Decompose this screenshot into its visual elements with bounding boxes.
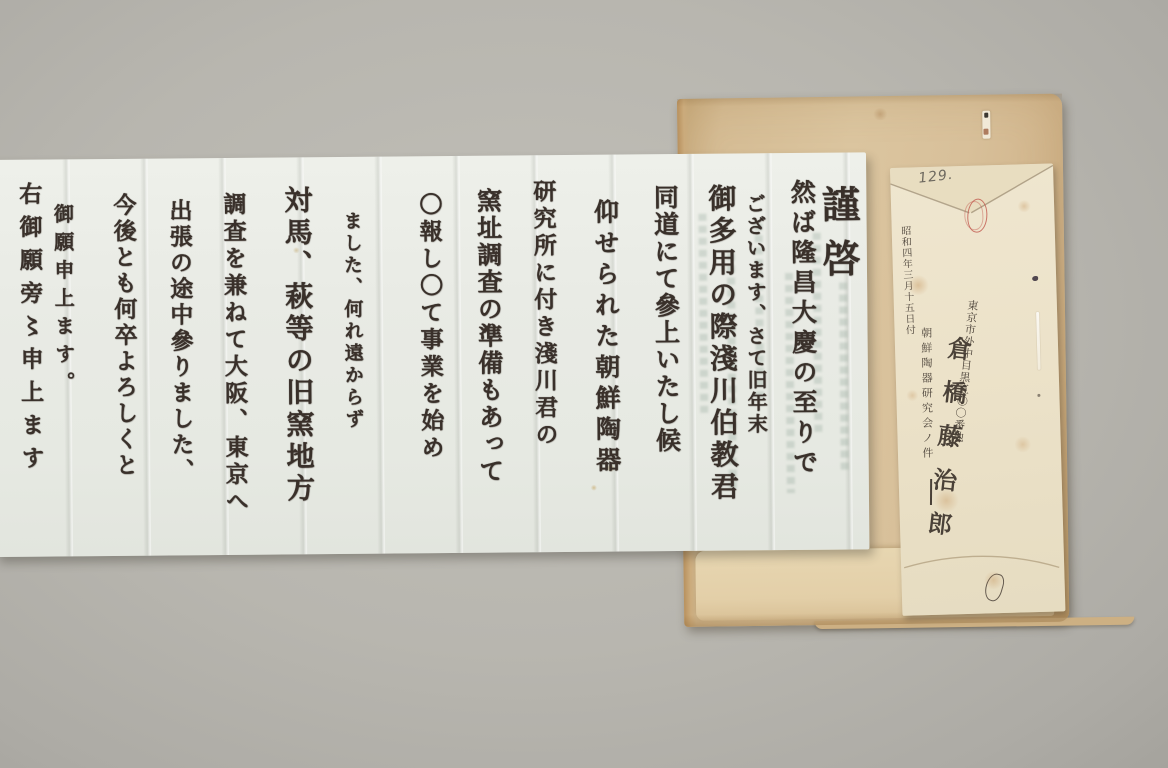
letter-calligraphy: 謹啓 然ば隆昌大慶の至りで ございます、さて旧年末 御多用の際淺川伯教君 同道に… — [0, 166, 859, 546]
scratch-mark — [1036, 312, 1041, 370]
letter-column: 〇報し〇て事業を始め — [417, 192, 443, 543]
envelope-date-note: 昭和四年三月十五日付 — [899, 225, 914, 335]
envelope-foxing — [906, 389, 918, 401]
letter-column: 対馬、萩等の旧窯地方 — [282, 185, 313, 544]
letter-column: 御多用の際淺川伯教君 — [706, 184, 737, 541]
ink-dot — [1037, 394, 1040, 397]
letter-column: 研究所に付き淺川君の — [531, 179, 557, 542]
envelope-subject-note: 朝鮮陶器研究会ノ件 — [921, 327, 933, 462]
photograph-scene: 謹啓 然ば隆昌大慶の至りで ございます、さて旧年末 御多用の際淺川伯教君 同道に… — [0, 0, 1168, 768]
letter-column: ございます、さて旧年末 — [744, 193, 767, 540]
booklet-stain — [872, 108, 888, 120]
signature-flourish — [982, 571, 1006, 603]
letter-column: 今後とも何卒よろしくと — [111, 193, 137, 546]
folded-letter: 謹啓 然ば隆昌大慶の至りで ございます、さて旧年末 御多用の際淺川伯教君 同道に… — [0, 152, 869, 557]
label-red-speck — [983, 129, 988, 135]
letter-column: 然ば隆昌大慶の至りで — [789, 179, 817, 540]
booklet-top-wear — [677, 94, 1062, 107]
letter-column: 調査を兼ねて大阪、東京へ — [221, 192, 247, 545]
letter-column: 仰せられた朝鮮陶器 — [592, 199, 620, 542]
letter-column: 窯址調査の準備もあって — [475, 188, 503, 543]
ink-blot — [1032, 276, 1038, 281]
envelope: 129. 昭和四年三月十五日付 朝鮮陶器研究会ノ件 東京市外中目黒五〇〇番地 倉… — [890, 163, 1065, 615]
letter-column: 謹啓 — [818, 184, 859, 539]
letter-column: 御願申上ます。 — [52, 203, 75, 546]
letter-column: 同道にて參上いたし候 — [652, 184, 680, 541]
label-dark-speck — [984, 113, 988, 118]
envelope-foxing — [1014, 436, 1032, 452]
torn-label-fragment — [982, 111, 990, 139]
letter-column: ました、何れ遠からず — [341, 211, 363, 544]
envelope-bottom-flap-crease — [901, 541, 1065, 576]
letter-column: 右御願旁〻申上ます — [17, 182, 43, 547]
letter-column: 出張の途中參りました、 — [167, 198, 193, 545]
